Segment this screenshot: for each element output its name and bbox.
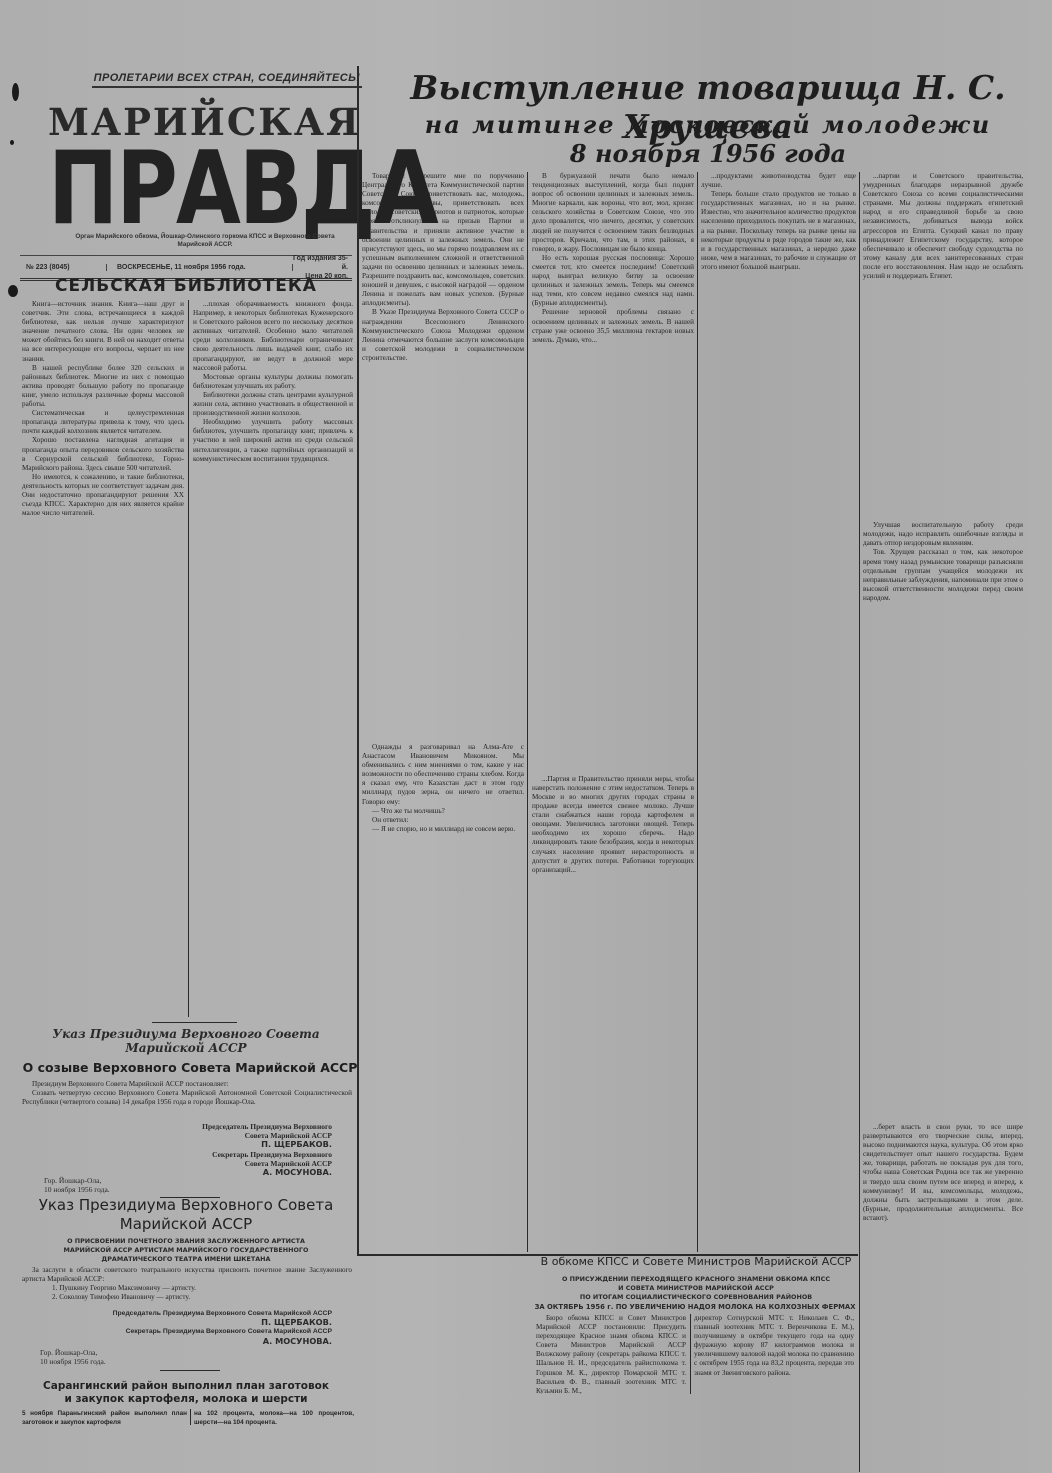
decree2-subtitle: О ПРИСВОЕНИИ ПОЧЕТНОГО ЗВАНИЯ ЗАСЛУЖЕННО… xyxy=(20,1237,352,1264)
newspaper-page: ПРОЛЕТАРИИ ВСЕХ СТРАН, СОЕДИНЯЙТЕСЬ! МАР… xyxy=(0,0,1052,1473)
year-of-publication: Год издания 35-й. xyxy=(293,254,348,272)
masthead-slogan: ПРОЛЕТАРИИ ВСЕХ СТРАН, СОЕДИНЯЙТЕСЬ! xyxy=(92,72,362,88)
decree2-date: Гор. Йошкар-Ола, 10 ноября 1956 года. xyxy=(40,1348,106,1366)
masthead-title-line2: ПРАВДА xyxy=(48,138,348,239)
ornament-divider xyxy=(152,1022,237,1023)
column-rule xyxy=(190,1409,191,1425)
decree2-body: За заслуги в области советского театраль… xyxy=(22,1266,352,1306)
scan-mark xyxy=(8,285,18,297)
decree1-title: Указ Президиума Верховного Совета Марийс… xyxy=(20,1027,352,1055)
decree1-body: Президиум Верховного Совета Марийской АС… xyxy=(22,1080,352,1120)
decree1-date: Гор. Йошкар-Ола, 10 ноября 1956 года. xyxy=(44,1176,110,1194)
main-article-col-1: Товарищи! Разрешите мне по поручению Цен… xyxy=(362,172,524,1252)
obkom-headline: В обкоме КПСС и Совете Министров Марийск… xyxy=(536,1255,856,1268)
main-article-col-2: В буржуазной печати было немало тенденци… xyxy=(532,172,694,1252)
library-col-right: ...плохая оборачиваемость книжного фонда… xyxy=(193,300,353,1017)
obkom-subhead-4: ЗА ОКТЯБРЬ 1956 г. ПО УВЕЛИЧЕНИЮ НАДОЯ М… xyxy=(532,1303,858,1312)
sarangy-headline: Сарангинский район выполнил план заготов… xyxy=(20,1380,352,1406)
column-rule xyxy=(859,172,860,1472)
column-rule xyxy=(697,172,698,1252)
masthead-organ: Орган Марийского обкома, Йошкар-Олинског… xyxy=(70,233,340,249)
main-article-col-3: ...продуктами животноводства будет еще л… xyxy=(701,172,856,1252)
sarangy-body-left: 5 ноября Параньгинский район выполнил пл… xyxy=(22,1409,187,1427)
main-article-col-4: ...партии и Советского правительства, ум… xyxy=(863,172,1023,1472)
sarangy-body-right: на 102 процента, молока—на 100 процентов… xyxy=(194,1409,354,1427)
main-headline-line3: 8 ноября 1956 года xyxy=(368,139,1048,168)
obkom-subheads: О ПРИСУЖДЕНИИ ПЕРЕХОДЯЩЕГО КРАСНОГО ЗНАМ… xyxy=(536,1275,856,1302)
divider xyxy=(160,1370,220,1371)
decree2-signatures: Председатель Президиума Верховного Совет… xyxy=(22,1309,332,1346)
obkom-body-right: директор Сотнурской МТС т. Николаев С. Ф… xyxy=(694,1314,854,1394)
issue-date: ВОСКРЕСЕНЬЕ, 11 ноября 1956 года. xyxy=(107,264,293,271)
decree2-title: Указ Президиума Верховного Совета Марийс… xyxy=(20,1196,352,1234)
column-rule xyxy=(690,1314,691,1394)
library-headline: СЕЛЬСКАЯ БИБЛИОТЕКА xyxy=(20,276,352,296)
obkom-body-left: Бюро обкома КПСС и Совет Министров Марий… xyxy=(536,1314,686,1394)
main-headline-line2: на митинге московской молодежи xyxy=(368,110,1048,139)
secretary-name: А. МОСУНОВА. xyxy=(22,1337,332,1346)
issue-number: № 223 (8045) xyxy=(20,264,107,271)
scan-mark xyxy=(12,83,19,101)
column-rule xyxy=(527,172,528,1252)
decree1-signatures: Председатель Президиума Верховного Совет… xyxy=(22,1122,332,1177)
decree1-subtitle: О созыве Верховного Совета Марийской АСС… xyxy=(20,1060,360,1075)
library-col-left: Книга—источник знания. Книга—наш друг и … xyxy=(22,300,184,1017)
chair-name: П. ЩЕРБАКОВ. xyxy=(22,1318,332,1327)
column-rule xyxy=(188,300,189,1017)
scan-mark xyxy=(10,140,14,145)
column-divider xyxy=(357,66,359,1256)
chair-name: П. ЩЕРБАКОВ. xyxy=(22,1140,332,1149)
